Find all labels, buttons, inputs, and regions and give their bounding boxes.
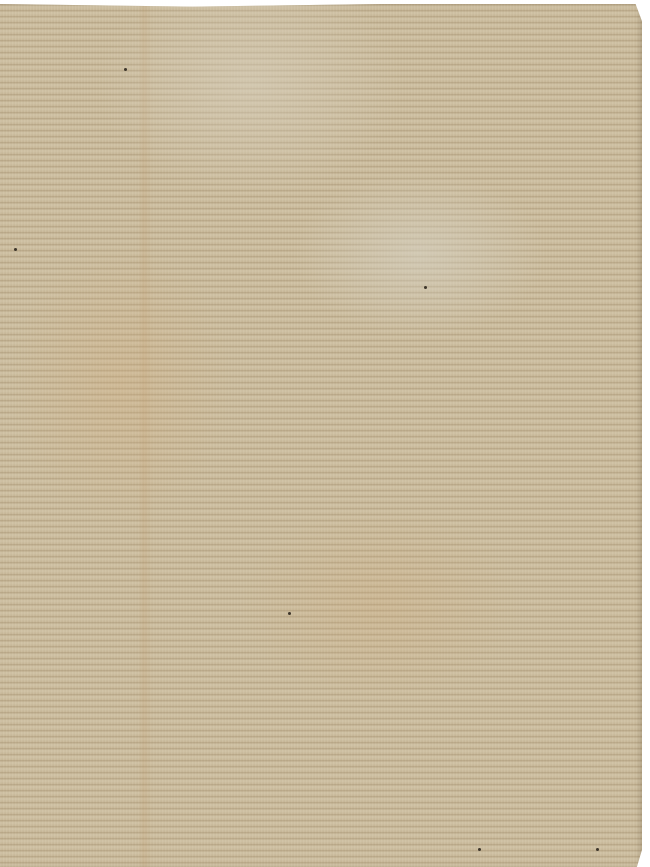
dark-fleck [14,248,17,251]
rug-photo [0,4,642,867]
dark-fleck [596,848,599,851]
dark-fleck [478,848,481,851]
dark-fleck [288,612,291,615]
dark-fleck [424,286,427,289]
dark-fleck [124,68,127,71]
